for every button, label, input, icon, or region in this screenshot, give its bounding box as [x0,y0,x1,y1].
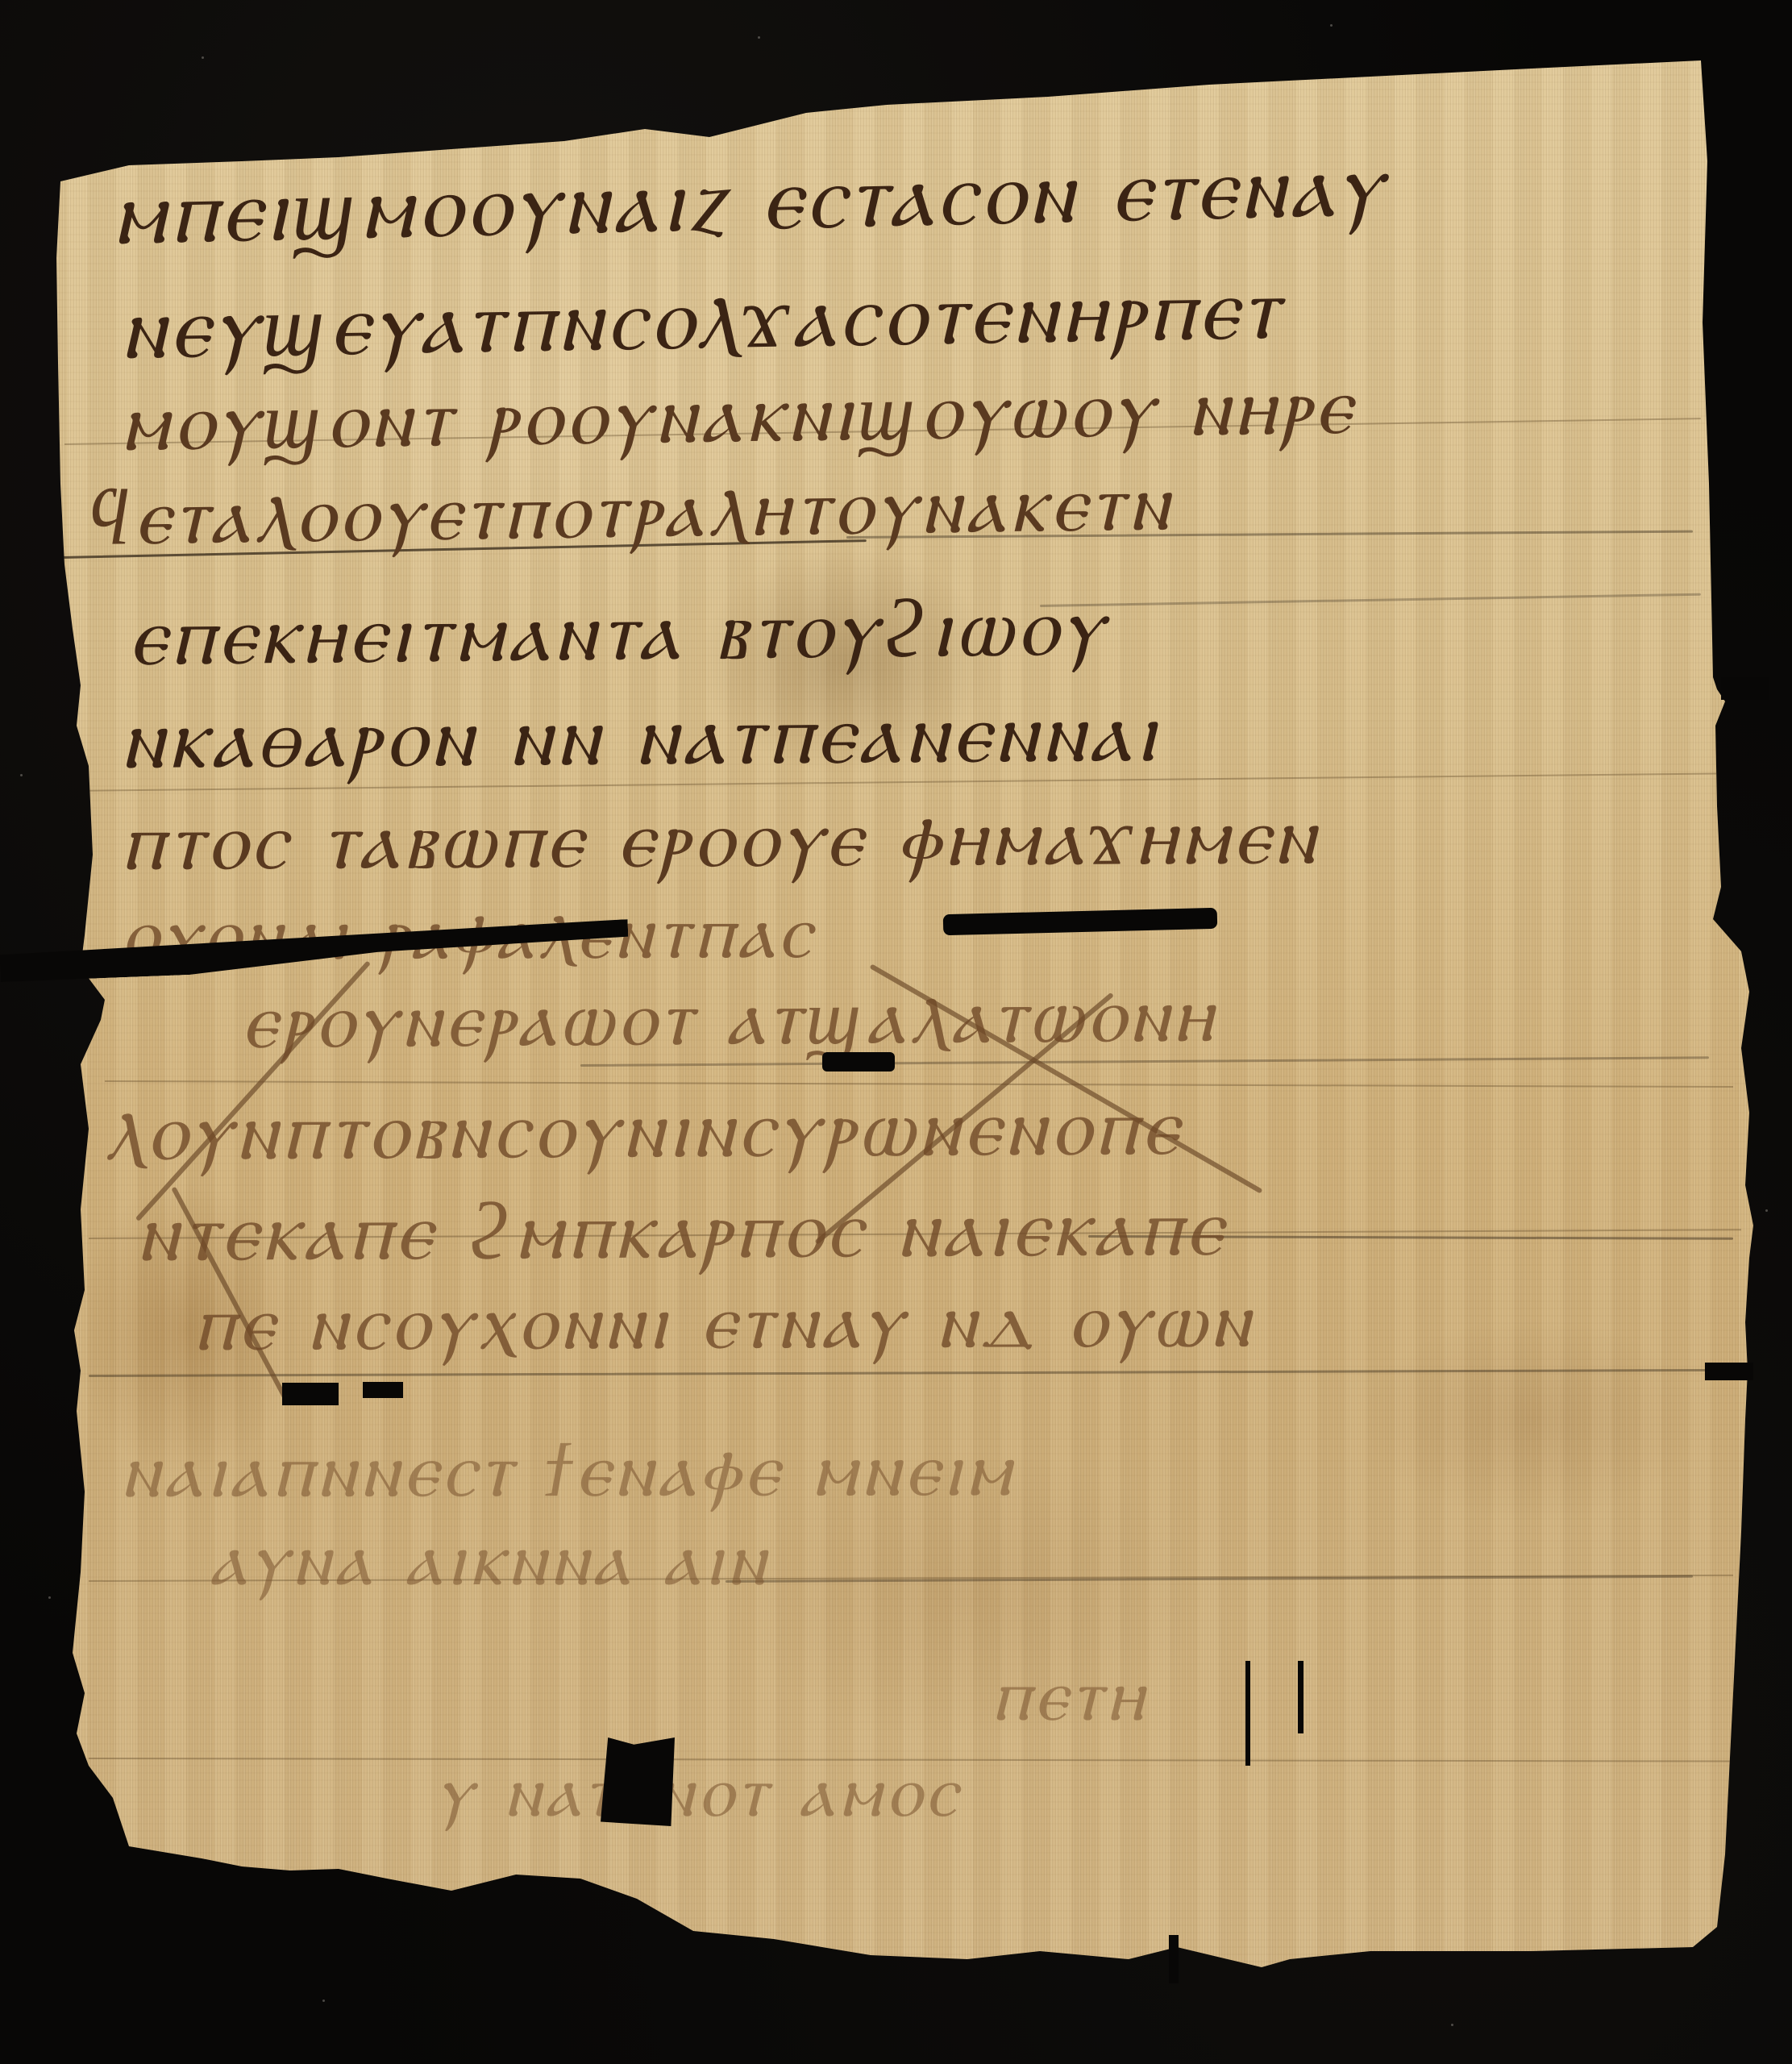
tear-gap [1705,1363,1753,1380]
lint-speck [48,1596,51,1599]
lint-speck [20,774,23,776]
lint-speck [202,56,204,59]
fiber-split [1245,1661,1250,1766]
text-line-13: ⲛⲁⲓⲁⲡⲛⲛⲉⲥⲧ ϯⲉⲛⲁⲫⲉ ⲙⲛⲉⲓⲙ [121,1425,1016,1516]
text-line-3: ⲙⲟⲩϣⲟⲛⲧ ⲣⲟⲟⲩⲛⲁⲕⲛⲓϣⲟⲩⲱⲟⲩ ⲛⲏⲣⲉ [120,358,1356,470]
text-line-15: ⲡⲉⲧⲏ [992,1653,1148,1738]
tear-gap [1721,677,1769,700]
text-line-14: ⲁⲩⲛⲁ ⲁⲓⲕⲛⲛⲁ ⲁⲓⲛ [210,1516,770,1604]
lint-speck [758,36,760,39]
text-line-4: ϥⲉⲧⲁⲗⲟⲟⲩⲉⲧⲡⲟⲧⲣⲁⲗⲏⲧⲟⲩⲛⲁⲕⲉⲧⲛ [88,456,1174,564]
lint-speck [322,1999,325,2002]
papyrus-hole [601,1737,675,1826]
text-line-1: ⲙⲡⲉⲓϣⲙⲟⲟⲩⲛⲁⲓⲍ ⲉⲥⲧⲁⲥⲟⲛ ⲉⲧⲉⲛⲁⲩ [112,132,1388,266]
text-line-9: ⲉⲣⲟⲩⲛⲉⲣⲁⲱⲟⲧ ⲁⲧϣⲁⲗⲁⲧⲱⲟⲛⲏ [242,969,1218,1067]
text-line-11: ⲛⲧⲉⲕⲁⲡⲉ ϩⲙⲡⲕⲁⲣⲡⲟⲥ ⲛⲁⲓⲉⲕⲁⲡⲉ [137,1180,1227,1280]
text-line-5: ⲉⲡⲉⲕⲏⲉⲓⲧⲙⲁⲛⲧⲁ ⲃⲧⲟⲩϩⲓⲱⲟⲩ [128,578,1108,685]
tear-gap [822,1052,895,1072]
fiber-split [1169,1935,1179,1983]
fiber-split [1298,1661,1303,1733]
papyrus-sheet: ⲙⲡⲉⲓϣⲙⲟⲟⲩⲛⲁⲓⲍ ⲉⲥⲧⲁⲥⲟⲛ ⲉⲧⲉⲛⲁⲩ ⲛⲉⲩϣⲉⲩⲁⲧⲡⲛⲥ… [0,0,1792,2064]
tear-gap [363,1382,403,1398]
text-line-7: ⲡⲧⲟⲥ ⲧⲁⲃⲱⲡⲉ ⲉⲣⲟⲟⲩⲉ ⲫⲏⲙⲁϫⲏⲙⲉⲛ [121,788,1320,889]
tear-gap [282,1383,339,1405]
crack [89,1369,1741,1377]
text-line-16: ⲩ ⲛⲁⲧⲁⲛⲟⲧ ⲁⲙⲟⲥ [435,1750,961,1834]
text-line-6: ⲛⲕⲁⲑⲁⲣⲟⲛ ⲛⲛ ⲛⲁⲧⲡⲉⲁⲛⲉⲛⲛⲁⲓ [121,682,1162,789]
lint-speck [1451,2024,1453,2026]
text-line-12: ⲡⲉ ⲛⲥⲟⲩⲭⲟⲛⲛⲓ ⲉⲧⲛⲁⲩ ⲛⲇ ⲟⲩⲱⲛ [193,1274,1254,1370]
crack [1040,593,1701,607]
photo-background: ⲙⲡⲉⲓϣⲙⲟⲟⲩⲛⲁⲓⲍ ⲉⲥⲧⲁⲥⲟⲛ ⲉⲧⲉⲛⲁⲩ ⲛⲉⲩϣⲉⲩⲁⲧⲡⲛⲥ… [0,0,1792,2064]
text-line-10: ⲗⲟⲩⲛⲡⲧⲟⲃⲛⲥⲟⲩⲛⲓⲛⲥⲩⲣⲱⲛⲉⲛⲟⲡⲉ [105,1079,1183,1180]
lint-speck [1765,1209,1768,1212]
lint-speck [1330,24,1333,27]
